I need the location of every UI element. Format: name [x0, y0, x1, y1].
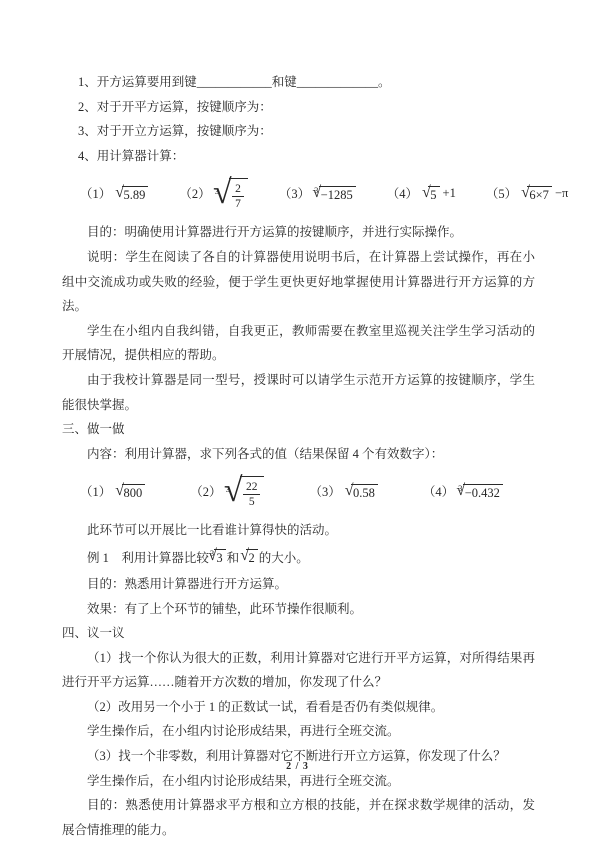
formula-label: （1） [80, 482, 111, 500]
radicand: 225 [240, 476, 265, 508]
formula-label: （4） [423, 482, 454, 500]
radicand: −0.432 [463, 484, 503, 500]
formula-suffix: +1 [443, 186, 456, 201]
sqrt-radical: √800 [115, 484, 145, 500]
list-item-calculate: 4、用计算器计算： [62, 144, 535, 169]
radicand: 5 [428, 186, 439, 202]
formula-label: （3） [279, 184, 310, 202]
paragraph-note: 说明：学生在阅读了各自的计算器使用说明书后，在计算器上尝试操作，再在小组中交流成… [62, 245, 535, 319]
radicand: 2 [246, 549, 257, 565]
formula-sqrt-5-89: （1） √5.89 [80, 184, 149, 202]
list-item-keys: 1、开方运算要用到键____________和键_____________。 [62, 70, 535, 95]
cube-root-radical: 3√−1285 [314, 186, 356, 202]
paragraph-compete: 此环节可以开展比一比看谁计算得快的活动。 [62, 518, 535, 543]
paragraph-purpose-1: 目的：明确使用计算器进行开方运算的按键顺序，并进行实际操作。 [62, 220, 535, 245]
formula-label: （5） [486, 184, 517, 202]
radicand: 27 [229, 178, 248, 210]
formula-sqrt-5-plus-1: （4） √5 +1 [387, 184, 456, 202]
sqrt-radical: √0.58 [345, 484, 378, 500]
page-number: 2 / 3 [0, 761, 595, 772]
fraction: 225 [243, 481, 261, 508]
example-text-post: 的大小。 [259, 548, 309, 566]
section-heading-do-it: 三、做一做 [62, 417, 535, 442]
radicand: −1285 [319, 186, 356, 202]
root-index: 3 [226, 485, 230, 493]
example-1-line: 例 1 利用计算器比较 3√3 和 √2 的大小。 [62, 544, 535, 571]
cube-root-radical: 3√225 [226, 476, 265, 508]
cube-root-radical: 3√−0.432 [458, 484, 503, 500]
fraction-numerator: 2 [232, 183, 244, 197]
formula-row-1: （1） √5.89 （2） 3√27 （3） 3√−1285 （4） √5 +1… [62, 171, 535, 215]
sqrt-radical: √6×7 [521, 186, 552, 202]
paragraph-effect: 效果：有了上个环节的铺垫，此环节操作很顺利。 [62, 597, 535, 622]
paragraph-purpose-2: 目的：熟悉用计算器进行开方运算。 [62, 572, 535, 597]
formula-label: （2） [190, 482, 221, 500]
example-text-pre: 例 1 利用计算器比较 [87, 548, 209, 566]
sqrt-radical: √5.89 [115, 186, 148, 202]
paragraph-same-model: 由于我校计算器是同一型号，授课时可以请学生示范开方运算的按键顺序，学生能很快掌握… [62, 368, 535, 417]
formula-cbrt-neg-0-432: （4） 3√−0.432 [423, 482, 504, 500]
formula-suffix: −π [555, 186, 568, 201]
paragraph-after-operation-2: 学生操作后，在小组内讨论形成结果，再进行全班交流。 [62, 769, 535, 794]
formula-cbrt-22-5: （2） 3√225 [190, 475, 265, 507]
formula-label: （1） [80, 184, 111, 202]
radicand: 5.89 [122, 186, 149, 202]
sqrt-radical: √2 [240, 549, 258, 565]
list-item-square-root-order: 2、对于开平方运算，按键顺序为： [62, 95, 535, 120]
formula-cbrt-neg-1285: （3） 3√−1285 [279, 184, 357, 202]
fraction-numerator: 22 [243, 481, 261, 495]
radicand: 3 [214, 549, 225, 565]
root-index: 3 [314, 186, 318, 194]
formula-row-2: （1） √800 （2） 3√225 （3） √0.58 （4） 3√−0.43… [62, 469, 535, 513]
formula-sqrt-6x7-minus-pi: （5） √6×7 −π [486, 184, 568, 202]
fraction-denominator: 7 [235, 197, 241, 210]
example-text-mid: 和 [227, 548, 240, 566]
section-heading-discuss: 四、议一议 [62, 621, 535, 646]
formula-label: （3） [309, 482, 340, 500]
root-index: 3 [210, 549, 214, 557]
sqrt-radical: √5 [422, 186, 440, 202]
formula-label: （4） [387, 184, 418, 202]
fraction: 27 [232, 183, 244, 210]
root-index: 3 [458, 484, 462, 492]
paragraph-students-group: 学生在小组内自我纠错，自我更正，教师需要在教室里巡视关注学生学习活动的开展情况，… [62, 319, 535, 368]
radicand: 6×7 [527, 186, 552, 202]
paragraph-question-2: （2）改用另一个小于 1 的正数试一试，看看是否仍有类似规律。 [62, 695, 535, 720]
formula-label: （2） [179, 184, 210, 202]
document-page: 1、开方运算要用到键____________和键_____________。 2… [0, 0, 595, 841]
list-item-cube-root-order: 3、对于开立方运算，按键顺序为： [62, 119, 535, 144]
paragraph-purpose-3: 目的：熟悉使用计算器求平方根和立方根的技能，并在探求数学规律的活动，发展合情推理… [62, 793, 535, 841]
cube-root-radical: 3√27 [215, 178, 248, 210]
formula-cbrt-2-7: （2） 3√27 [179, 177, 248, 209]
paragraph-question-1: （1）找一个你认为很大的正数，利用计算器对它进行开平方运算，对所得结果再进行开平… [62, 646, 535, 695]
paragraph-after-operation-1: 学生操作后，在小组内讨论形成结果，再进行全班交流。 [62, 719, 535, 744]
radicand: 800 [122, 484, 146, 500]
cube-root-radical: 3√3 [210, 549, 226, 565]
radicand: 0.58 [351, 484, 378, 500]
formula-sqrt-800: （1） √800 [80, 482, 146, 500]
paragraph-content: 内容：利用计算器，求下列各式的值（结果保留 4 个有效数字）： [62, 442, 535, 467]
formula-sqrt-0-58: （3） √0.58 [309, 482, 378, 500]
fraction-denominator: 5 [249, 495, 255, 508]
root-index: 3 [215, 187, 219, 195]
